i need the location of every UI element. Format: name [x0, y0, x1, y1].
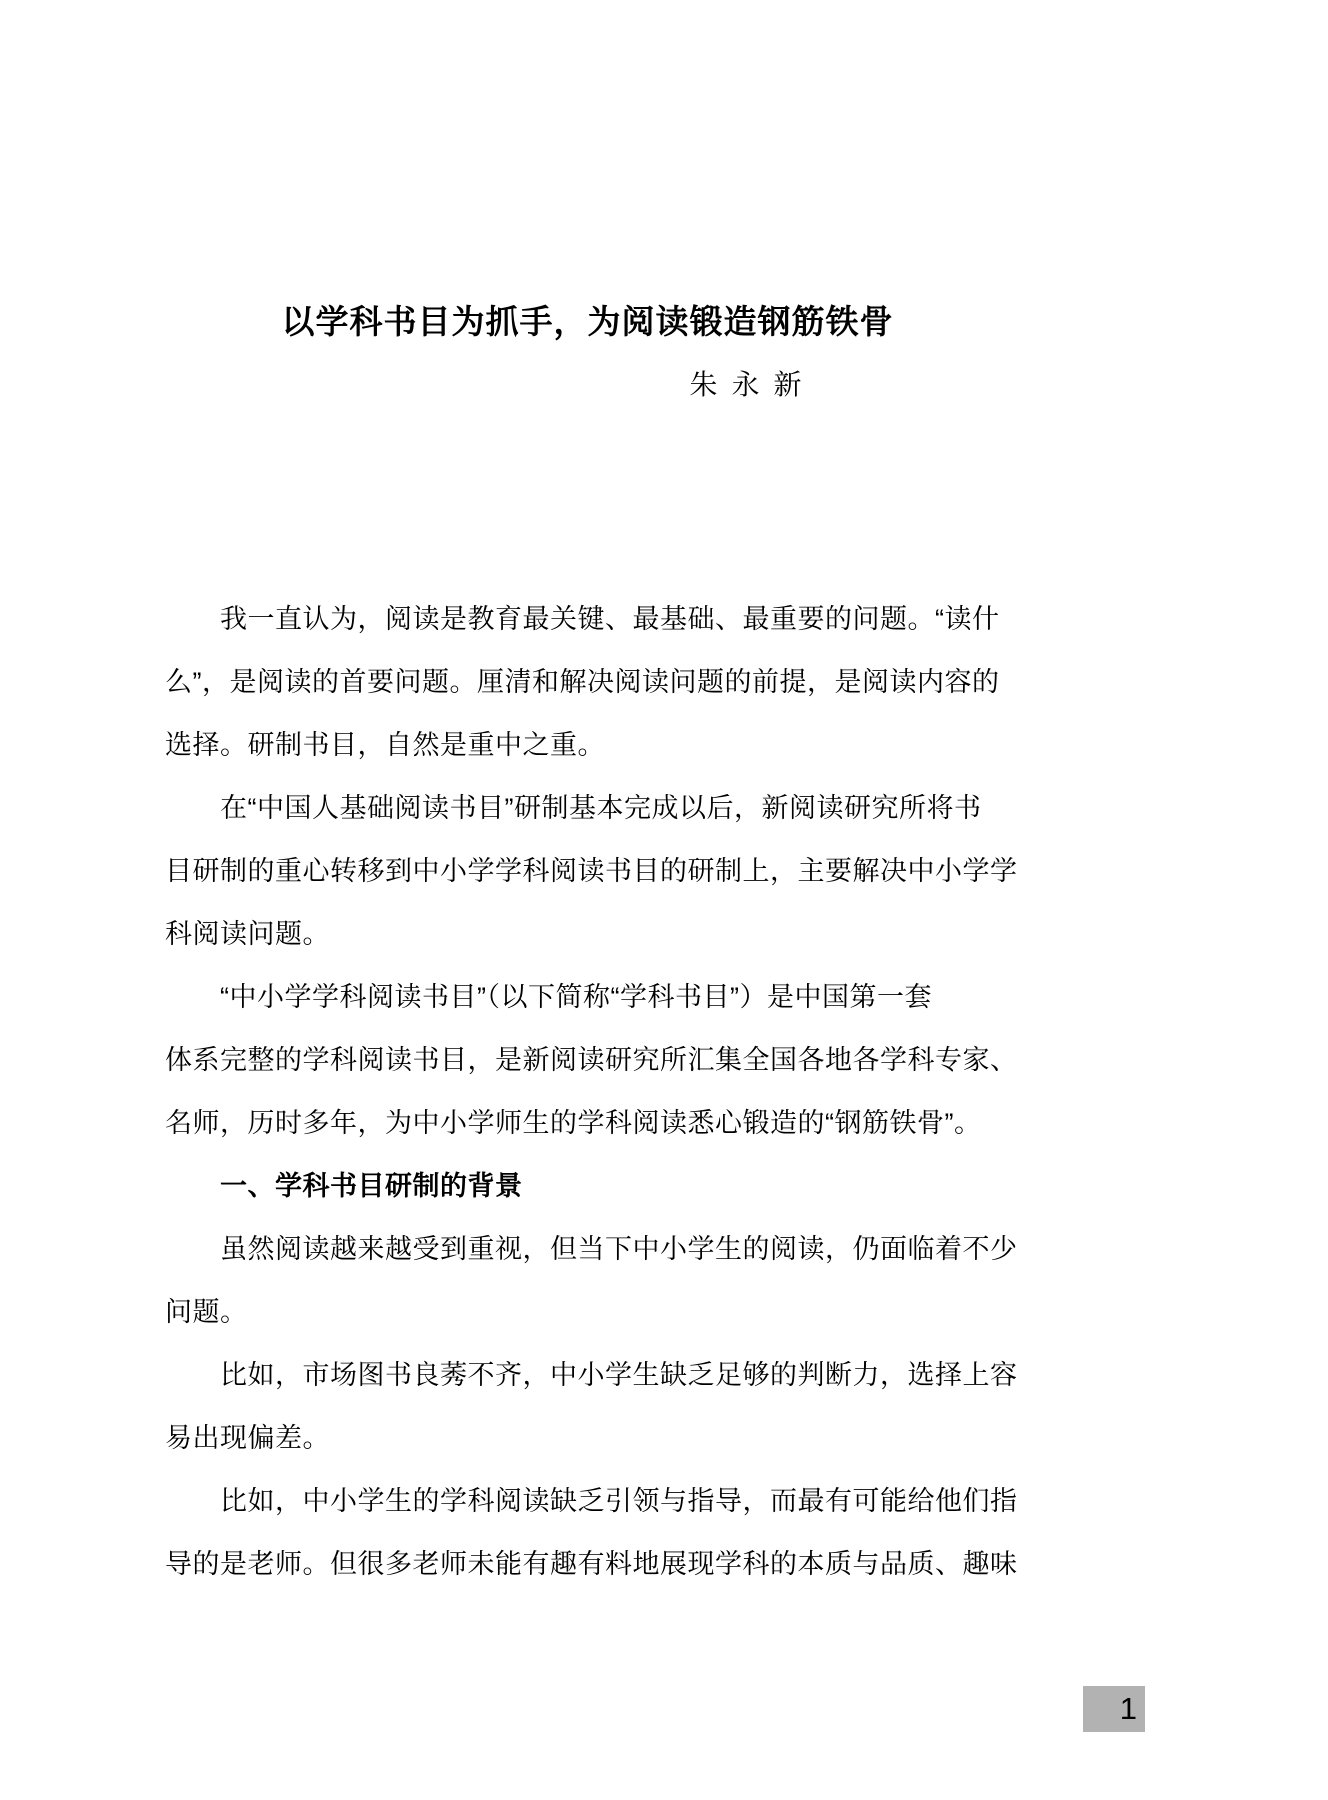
page-number: 1 [1120, 1691, 1137, 1726]
paragraph-line: 导的是老师。但很多老师未能有趣有料地展现学科的本质与品质、趣味 [165, 1533, 1013, 1596]
section-heading: 一、学科书目研制的背景 [165, 1155, 1013, 1218]
paragraph-line: 选择。研制书目，自然是重中之重。 [165, 714, 1013, 777]
paragraph-line: 科阅读问题。 [165, 903, 1013, 966]
paragraph-line: 比如，中小学生的学科阅读缺乏引领与指导，而最有可能给他们指 [165, 1470, 1013, 1533]
author-name: 朱永新 [330, 363, 1175, 403]
paragraph-line: 我一直认为，阅读是教育最关键、最基础、最重要的问题。“读什 [165, 588, 1013, 651]
paragraph-line: 比如，市场图书良莠不齐，中小学生缺乏足够的判断力，选择上容 [165, 1344, 1013, 1407]
paragraph-line: 易出现偏差。 [165, 1407, 1013, 1470]
paragraph-line: 体系完整的学科阅读书目，是新阅读研究所汇集全国各地各学科专家、 [165, 1029, 1013, 1092]
paragraph-line: 么”，是阅读的首要问题。厘清和解决阅读问题的前提，是阅读内容的 [165, 651, 1013, 714]
article-title: 以学科书目为抓手，为阅读锻造钢筋铁骨 [165, 296, 1010, 343]
page-number-box: 1 [1083, 1686, 1145, 1732]
paragraph-line: 问题。 [165, 1281, 1013, 1344]
article-body: 我一直认为，阅读是教育最关键、最基础、最重要的问题。“读什 么”，是阅读的首要问… [165, 588, 1013, 1596]
paragraph-line: 目研制的重心转移到中小学学科阅读书目的研制上，主要解决中小学学 [165, 840, 1013, 903]
paragraph-line: 虽然阅读越来越受到重视，但当下中小学生的阅读，仍面临着不少 [165, 1218, 1013, 1281]
paragraph-line: “中小学学科阅读书目”（以下简称“学科书目”）是中国第一套 [165, 966, 1013, 1029]
document-page: 以学科书目为抓手，为阅读锻造钢筋铁骨 朱永新 我一直认为，阅读是教育最关键、最基… [0, 0, 1328, 1800]
paragraph-line: 在“中国人基础阅读书目”研制基本完成以后，新阅读研究所将书 [165, 777, 1013, 840]
paragraph-line: 名师，历时多年，为中小学师生的学科阅读悉心锻造的“钢筋铁骨”。 [165, 1092, 1013, 1155]
